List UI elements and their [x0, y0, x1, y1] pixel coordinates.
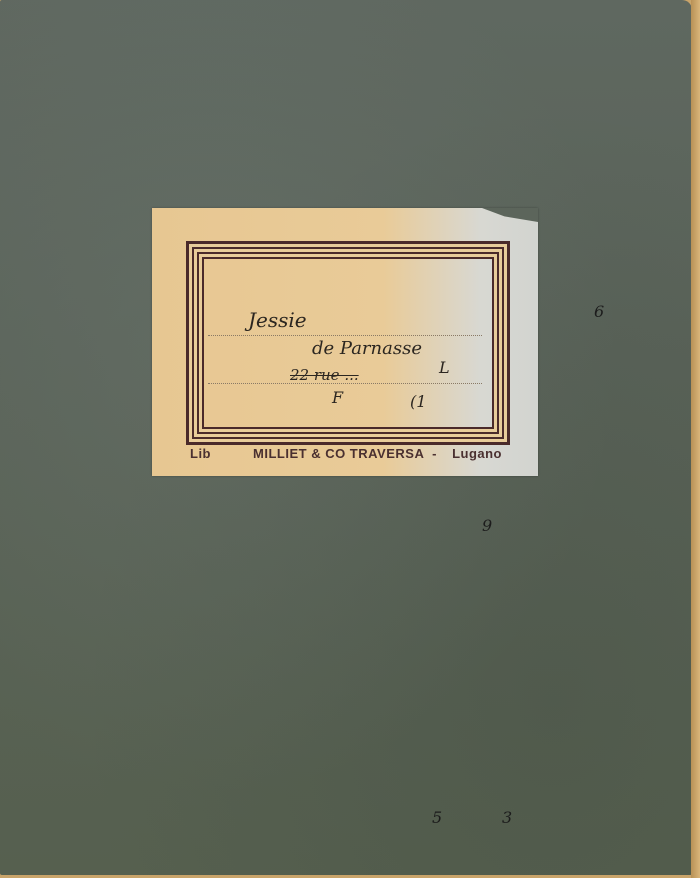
handwritten-mark-f: F: [332, 388, 343, 407]
printer-imprint: Lib MILLIET & CO TRAVERSA - Lugano: [152, 446, 538, 461]
handwritten-subject: de Parnasse: [312, 338, 422, 359]
label-tear: [482, 208, 538, 222]
paper-edge: [691, 0, 700, 878]
pencil-mark: 9: [482, 516, 492, 535]
imprint-left: Lib: [190, 446, 211, 461]
imprint-separator: -: [432, 446, 437, 461]
imprint-center: MILLIET & CO TRAVERSA: [253, 446, 424, 461]
cover-label: Jessie de Parnasse 22 rue ... L F (1 Lib…: [152, 208, 538, 476]
handwritten-struck-line: 22 rue ...: [290, 366, 359, 384]
pencil-mark: 3: [502, 808, 512, 827]
imprint-right: Lugano: [452, 446, 502, 461]
pencil-mark: 6: [594, 302, 604, 321]
handwritten-mark-c: (1: [410, 392, 426, 411]
pencil-mark: 5: [432, 808, 442, 827]
label-rule: [208, 335, 482, 336]
handwritten-mark-l: L: [439, 358, 450, 377]
handwritten-name: Jessie: [248, 308, 307, 332]
